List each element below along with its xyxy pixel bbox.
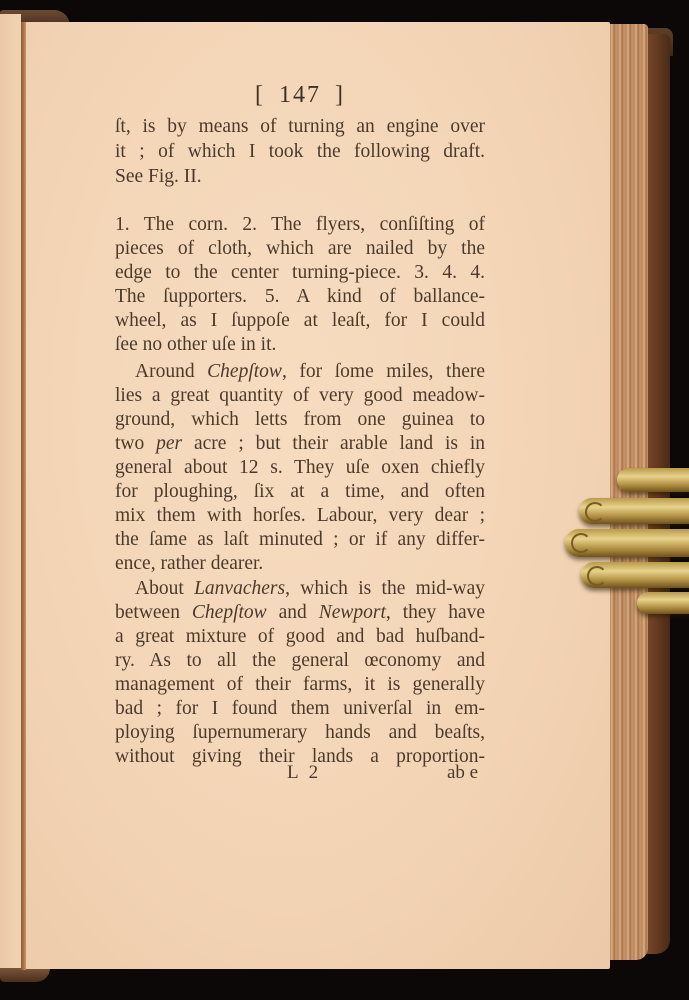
text-line: See Fig. II. [115, 165, 485, 189]
text-line: Around Chepſtow, for ſome miles, there [115, 360, 485, 384]
place-name: Chepſtow [192, 602, 267, 623]
finger [565, 529, 689, 557]
text-line: the ſame as laſt minuted ; or if any dif… [115, 528, 485, 552]
finger [637, 592, 689, 614]
place-name: Newport [319, 602, 386, 623]
fingernail [587, 566, 607, 586]
brass-hand-page-holder [552, 468, 689, 618]
book-binding-bottom [0, 968, 50, 982]
text-line: ence, rather dearer. [115, 552, 485, 576]
page-gutter [21, 22, 26, 970]
latin-term: per [156, 433, 182, 454]
text-line: edge to the center turning-piece. 3. 4. … [115, 261, 485, 285]
text-line: wheel, as I ſuppoſe at leaſt, for I coul… [115, 309, 485, 333]
text-line: lies a great quantity of very good meado… [115, 384, 485, 408]
text-line: ry. As to all the general œconomy and [115, 649, 485, 673]
text-line: it ; of which I took the following draft… [115, 140, 485, 164]
fingernail [585, 502, 605, 522]
text-line: pieces of cloth, which are nailed by the [115, 237, 485, 261]
text-line: for ploughing, ſix at a time, and often [115, 480, 485, 504]
text-line: ſt, is by means of turning an engine ove… [115, 115, 485, 139]
text-line: general about 12 s. They uſe oxen chiefl… [115, 456, 485, 480]
signature-mark: L 2 [287, 762, 321, 784]
page-number: 147 [279, 82, 321, 108]
place-name: Lanvachers [194, 578, 285, 599]
finger [617, 468, 689, 492]
bracket-close: ] [335, 82, 345, 108]
text-line: management of their farms, it is general… [115, 673, 485, 697]
text-line: ſee no other uſe in it. [115, 333, 485, 357]
place-name: Chepſtow [207, 361, 282, 382]
text-line: between Chepſtow and Newport, they have [115, 601, 485, 625]
text-line: a great mixture of good and bad huſband- [115, 625, 485, 649]
text-line: two per acre ; but their arable land is … [115, 432, 485, 456]
page-header: [147] [115, 82, 485, 109]
finger [579, 498, 689, 524]
text-line: mix them with horſes. Labour, very dear … [115, 504, 485, 528]
text-line: ploying ſupernumerary hands and beaſts, [115, 721, 485, 745]
text-line: 1. The corn. 2. The flyers, conſiſting o… [115, 213, 485, 237]
text-line: About Lanvachers, which is the mid-way [115, 577, 485, 601]
text-line: The ſupporters. 5. A kind of ballance- [115, 285, 485, 309]
facing-page-edge [0, 14, 21, 972]
fingernail [571, 533, 591, 553]
text-line: ground, which letts from one guinea to [115, 408, 485, 432]
finger [581, 562, 689, 588]
catchword: ab e [447, 762, 478, 784]
bracket-open: [ [255, 82, 265, 108]
text-line: bad ; for I found them univerſal in em- [115, 697, 485, 721]
